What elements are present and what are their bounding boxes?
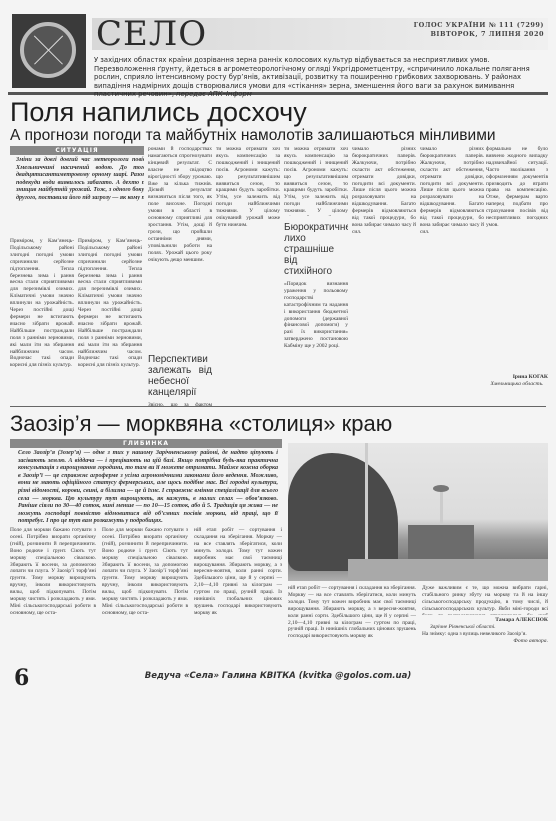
- article2-col-2: Поле для моркви бажано готувати з осені.…: [102, 527, 188, 661]
- article1-col-5: чимало різних бюрократичних паперів. Жал…: [352, 146, 416, 406]
- article2: ГЛИБИНКА Село Заозір’я (Зозер’я) — одне …: [8, 439, 548, 661]
- subhead-prospects: Перспективи залежать від небесної канцел…: [148, 354, 212, 398]
- divider: [10, 406, 546, 407]
- author-place: Зарічне Рівненської області.: [422, 624, 548, 631]
- article2-intro: Село Заозір’я (Зозер’я) — одне з тих у н…: [10, 448, 282, 525]
- logo-emblem: [20, 22, 76, 78]
- article2-headline: Заозір’я — морквяна «столиця» краю: [10, 411, 548, 437]
- article1-signature: Ірина КОГАК Хмельницька область.: [486, 374, 548, 406]
- article2-col-3: ній етап робіт — сортування і складання …: [194, 527, 282, 661]
- article1-col-1-body: Приміром, у Кам’янець-Подільському район…: [10, 238, 74, 406]
- article2-col-1: Поле для моркви бажано готувати з осені.…: [10, 527, 96, 661]
- photo-credit: Фото автора.: [422, 638, 548, 645]
- article1-headline: Поля напились досхочу: [10, 98, 548, 127]
- house-shape: [408, 525, 474, 561]
- article1-col-2-sub: Перспективи залежать від небесної канцел…: [148, 350, 212, 406]
- article1-col-4-top: ти можна отримати хоч якусь компенсацію …: [284, 146, 348, 216]
- article2-col-5: Дуже важливим є те, що можна вибрати гар…: [422, 585, 548, 615]
- section-title: СЕЛО: [96, 14, 207, 54]
- article2-signature-block: Тамара АЛЕКСІЮК Зарічне Рівненської обла…: [422, 617, 548, 661]
- article-fields: Поля напились досхочу А прогнози погоди …: [8, 98, 548, 406]
- author-name: Тамара АЛЕКСІЮК: [422, 617, 548, 624]
- article1-intro: Зміни за довгі довгий час метеорологи по…: [10, 155, 144, 205]
- page-footer: 6 Ведуча «Села» Галина КВІТКА (kvitka @g…: [8, 665, 548, 701]
- lead-source: передає АПК–Інформ: [176, 90, 252, 98]
- author-name: Ірина КОГАК: [486, 374, 548, 381]
- article1-col-7: формально не було вивчено жодного випадк…: [486, 146, 548, 372]
- issue-info: ГОЛОС УКРАЇНИ № 111 (7299) ВІВТОРОК, 7 Л…: [414, 21, 544, 39]
- trees-shape: [288, 453, 398, 571]
- masthead: СЕЛО ГОЛОС УКРАЇНИ № 111 (7299) ВІВТОРОК…: [8, 6, 548, 90]
- newspaper-page: СЕЛО ГОЛОС УКРАЇНИ № 111 (7299) ВІВТОРОК…: [8, 0, 548, 701]
- utility-pole: [365, 443, 368, 575]
- article2-col-4: ній етап робіт — сортування і складання …: [288, 585, 416, 661]
- article1-col-4: Бюрократичне лихо страшніше від стихійно…: [284, 218, 348, 406]
- photo-caption: На знімку: одна з вулиць невеликого Заоз…: [422, 631, 548, 638]
- road-shape: [348, 559, 548, 581]
- subhead-bureaucracy: Бюрократичне лихо страшніше від стихійно…: [284, 222, 348, 277]
- article1-col-6: чимало різних бюрократичних паперів. Жал…: [420, 146, 484, 406]
- date-line: ВІВТОРОК, 7 ЛИПНЯ 2020: [414, 30, 544, 39]
- hydromet-logo-icon: [12, 14, 86, 88]
- issue-line: ГОЛОС УКРАЇНИ № 111 (7299): [414, 21, 544, 30]
- editor-credit: Ведуча «Села» Галина КВІТКА (kvitka @gol…: [8, 671, 548, 681]
- lead-paragraph: У західних областях країни дозрівання зе…: [94, 56, 544, 99]
- rubric-situation: СИТУАЦІЯ: [10, 146, 144, 155]
- lead-text: У західних областях країни дозрівання зе…: [94, 56, 530, 98]
- article1-subheadline: А прогнози погоди та майбутніх намолотів…: [10, 127, 548, 144]
- rubric-glybynka: ГЛИБИНКА: [10, 439, 282, 448]
- article1-col-2b-text: Звісно, що за фактом викладу ситуації не…: [148, 402, 212, 406]
- author-place: Хмельницька область.: [486, 381, 548, 388]
- stork-nest: [433, 485, 449, 492]
- village-street-photo: [288, 443, 548, 581]
- article1-col-3: ти можна отримати хоч якусь компенсацію …: [216, 146, 280, 406]
- article1-col-4-text: «Порядок визнання ураження у польовому г…: [284, 281, 348, 350]
- article2-intro-block: ГЛИБИНКА Село Заозір’я (Зозер’я) — одне …: [10, 439, 282, 525]
- article1-columns: СИТУАЦІЯ Зміни за довгі довгий час метео…: [8, 146, 548, 406]
- article1-col-1b-body: Приміром, у Кам’янець-Подільському район…: [78, 238, 142, 406]
- article1-col-2: ронами й господарствах намагаються спрог…: [148, 146, 212, 346]
